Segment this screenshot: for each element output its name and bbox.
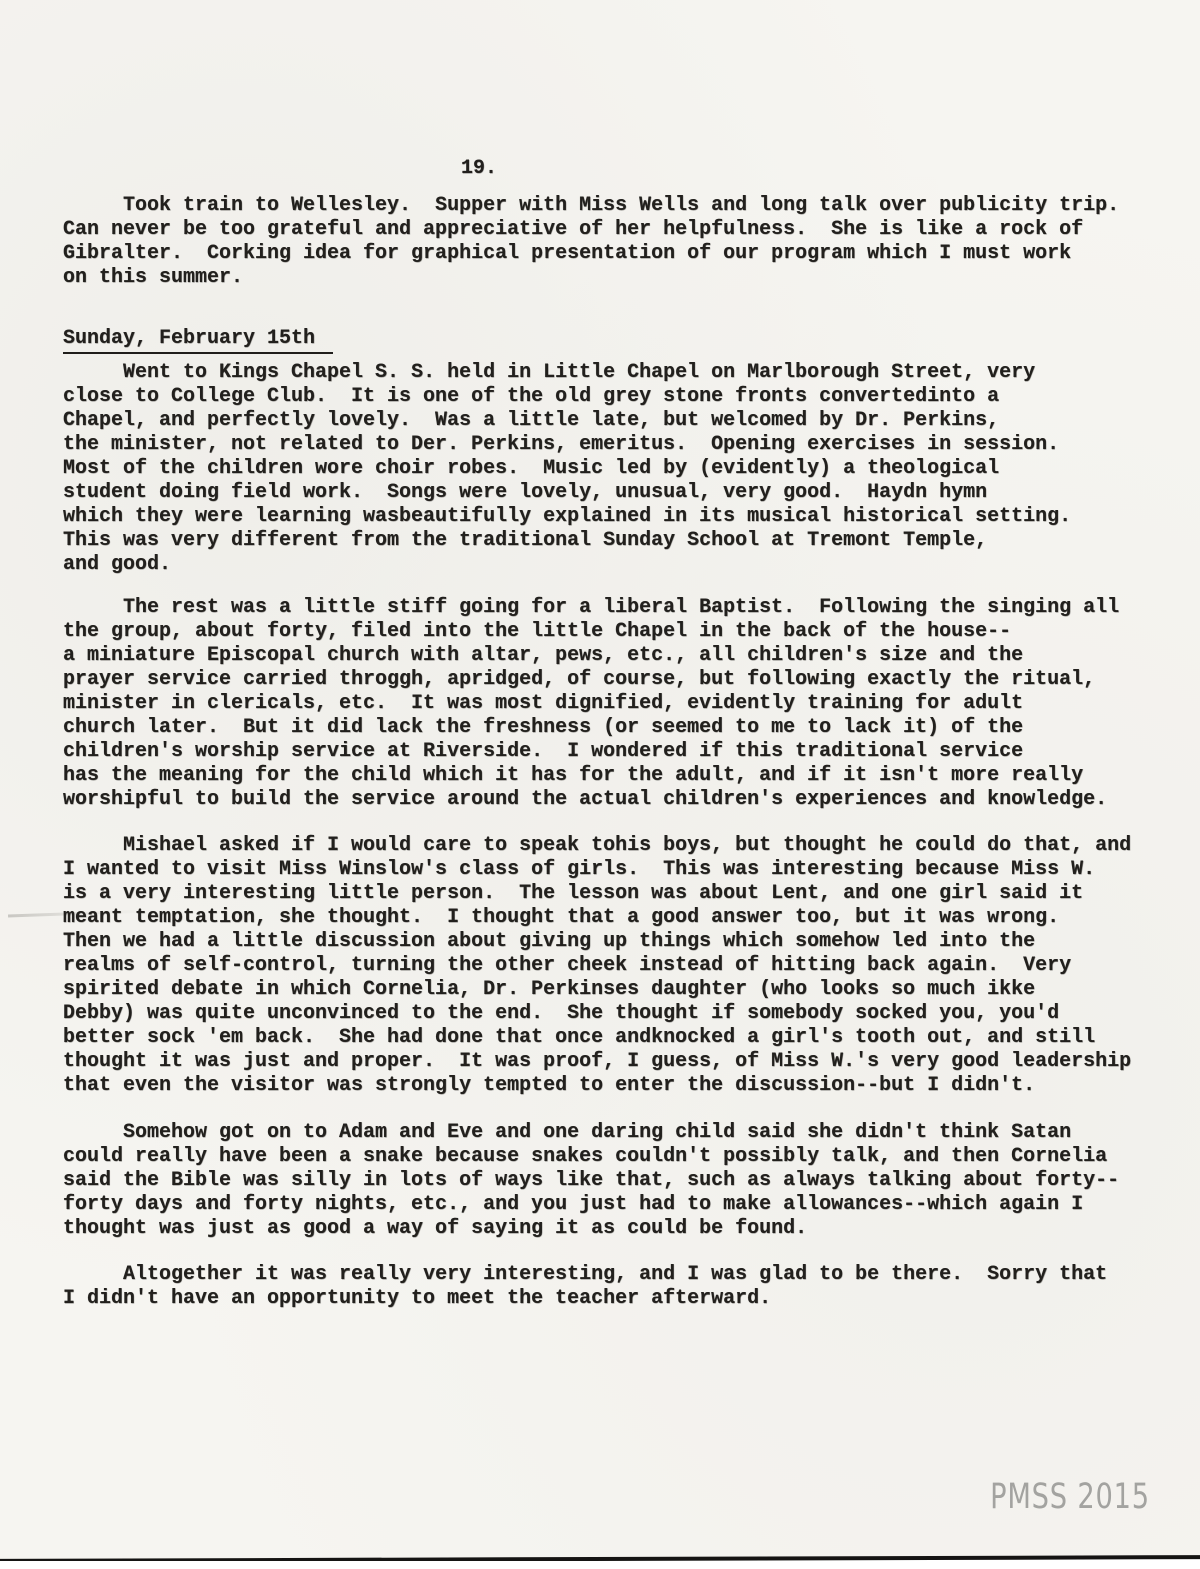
journal-paragraph: Mishael asked if I would care to speak t…	[63, 834, 1148, 1098]
journal-paragraph: Somehow got on to Adam and Eve and one d…	[63, 1121, 1148, 1241]
date-heading-row: Sunday, February 15th	[63, 327, 1148, 354]
journal-paragraph: Altogether it was really very interestin…	[63, 1263, 1148, 1311]
date-heading: Sunday, February 15th	[63, 327, 333, 354]
document-page: 19. Took train to Wellesley. Supper with…	[0, 0, 1200, 1559]
scan-margin-strip	[0, 1561, 1200, 1569]
journal-intro-paragraph: Took train to Wellesley. Supper with Mis…	[63, 194, 1148, 290]
journal-paragraph: The rest was a little stiff going for a …	[63, 596, 1148, 812]
journal-paragraph: Went to Kings Chapel S. S. held in Littl…	[63, 361, 1148, 577]
archive-watermark: PMSS 2015	[990, 1477, 1150, 1517]
page-number: 19.	[461, 157, 1148, 181]
